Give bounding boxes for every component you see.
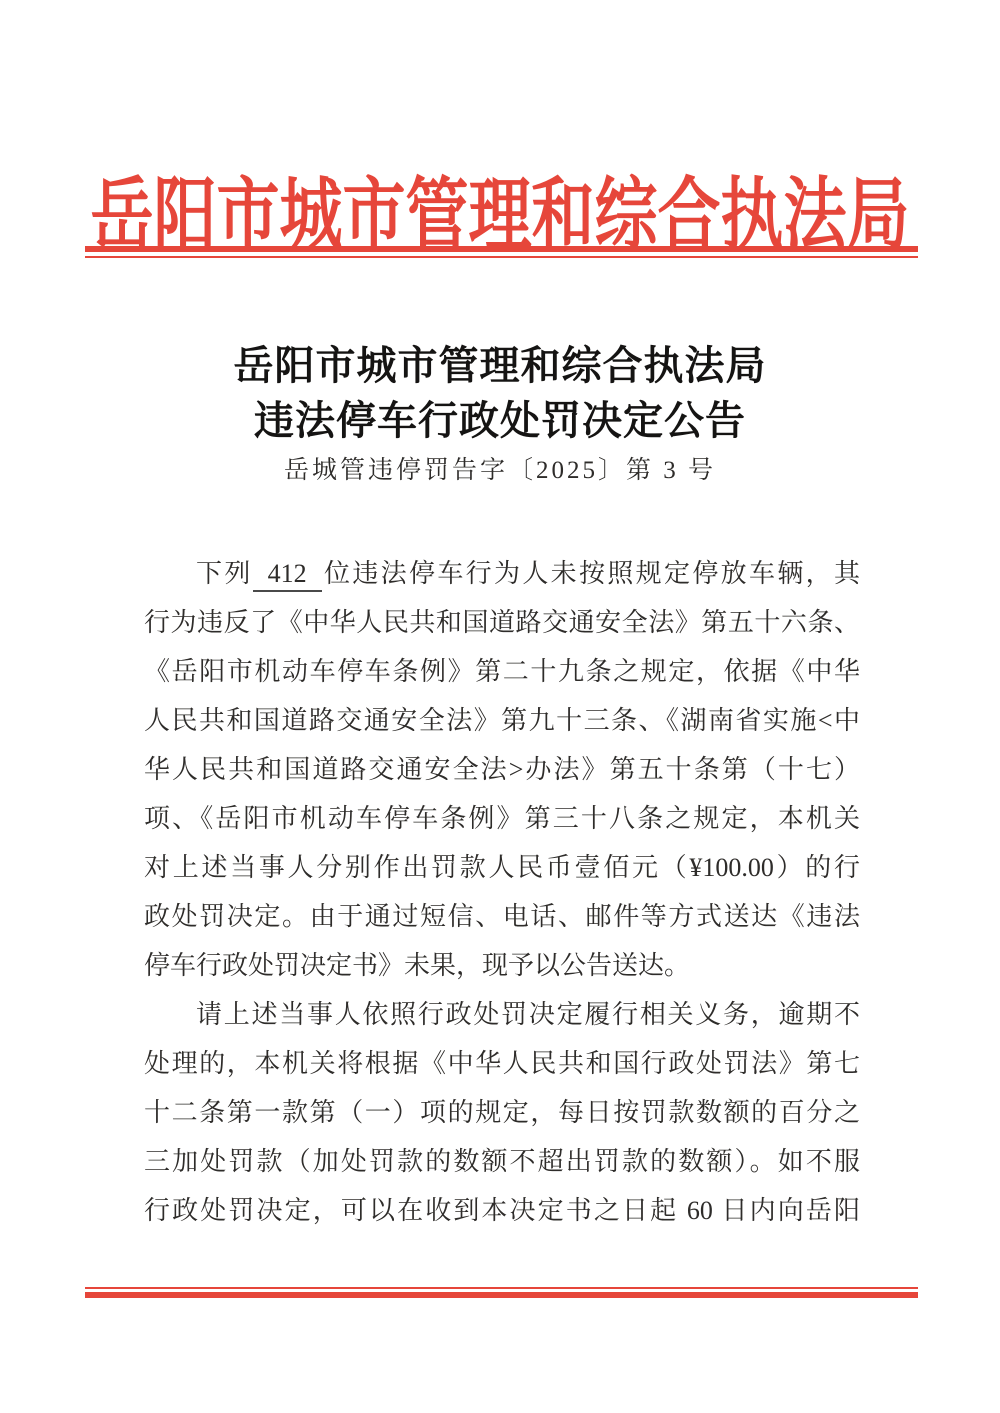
doc-title: 岳阳市城市管理和综合执法局 违法停车行政处罚决定公告 — [0, 338, 1000, 448]
body-line: 行为违反了《中华人民共和国道路交通安全法》第五十六条、 — [144, 598, 860, 647]
body-line: 政处罚决定。由于通过短信、电话、邮件等方式送达《违法 — [144, 892, 860, 941]
body-line: 人民共和国道路交通安全法》第九十三条、《湖南省实施<中 — [144, 696, 860, 745]
document-body: 下列412位违法停车行为人未按照规定停放车辆，其 行为违反了《中华人民共和国道路… — [144, 549, 860, 1235]
body-line: 项、《岳阳市机动车停车条例》第三十八条之规定，本机关 — [144, 794, 860, 843]
header-rule-thin — [85, 256, 918, 258]
footer-rule-thick — [85, 1292, 918, 1298]
body-line: 停车行政处罚决定书》未果，现予以公告送达。 — [144, 941, 860, 990]
body-line: 处理的，本机关将根据《中华人民共和国行政处罚法》第七 — [144, 1039, 860, 1088]
header-rule-thick — [85, 246, 918, 252]
body-line: 三加处罚款（加处罚款的数额不超出罚款的数额）。如不服 — [144, 1137, 860, 1186]
doc-title-line2: 违法停车行政处罚决定公告 — [0, 393, 1000, 448]
body-line: 《岳阳市机动车停车条例》第二十九条之规定，依据《中华 — [144, 647, 860, 696]
violator-count-underlined: 412 — [253, 559, 322, 592]
scanned-document-page: 岳阳市城市管理和综合执法局 岳阳市城市管理和综合执法局 违法停车行政处罚决定公告… — [0, 0, 1000, 1413]
body-line-first: 下列412位违法停车行为人未按照规定停放车辆，其 — [144, 549, 860, 598]
body-line: 华人民共和国道路交通安全法>办法》第五十条第（十七） — [144, 745, 860, 794]
body-line: 请上述当事人依照行政处罚决定履行相关义务，逾期不 — [144, 990, 860, 1039]
doc-title-line1: 岳阳市城市管理和综合执法局 — [0, 338, 1000, 393]
body-line: 对上述当事人分别作出罚款人民币壹佰元（¥100.00）的行 — [144, 843, 860, 892]
doc-number: 岳城管违停罚告字〔2025〕第 3 号 — [0, 450, 1000, 486]
body-line: 行政处罚决定，可以在收到本决定书之日起 60 日内向岳阳 — [144, 1186, 860, 1235]
footer-rule-thin — [85, 1287, 918, 1289]
body-line: 十二条第一款第（一）项的规定，每日按罚款数额的百分之 — [144, 1088, 860, 1137]
count-suffix: 位违法停车行为人未按照规定停放车辆，其 — [322, 559, 860, 588]
count-prefix: 下列 — [196, 559, 253, 588]
body-paragraph-2: 请上述当事人依照行政处罚决定履行相关义务，逾期不 处理的，本机关将根据《中华人民… — [144, 990, 860, 1235]
body-paragraph-1: 下列412位违法停车行为人未按照规定停放车辆，其 行为违反了《中华人民共和国道路… — [144, 549, 860, 990]
